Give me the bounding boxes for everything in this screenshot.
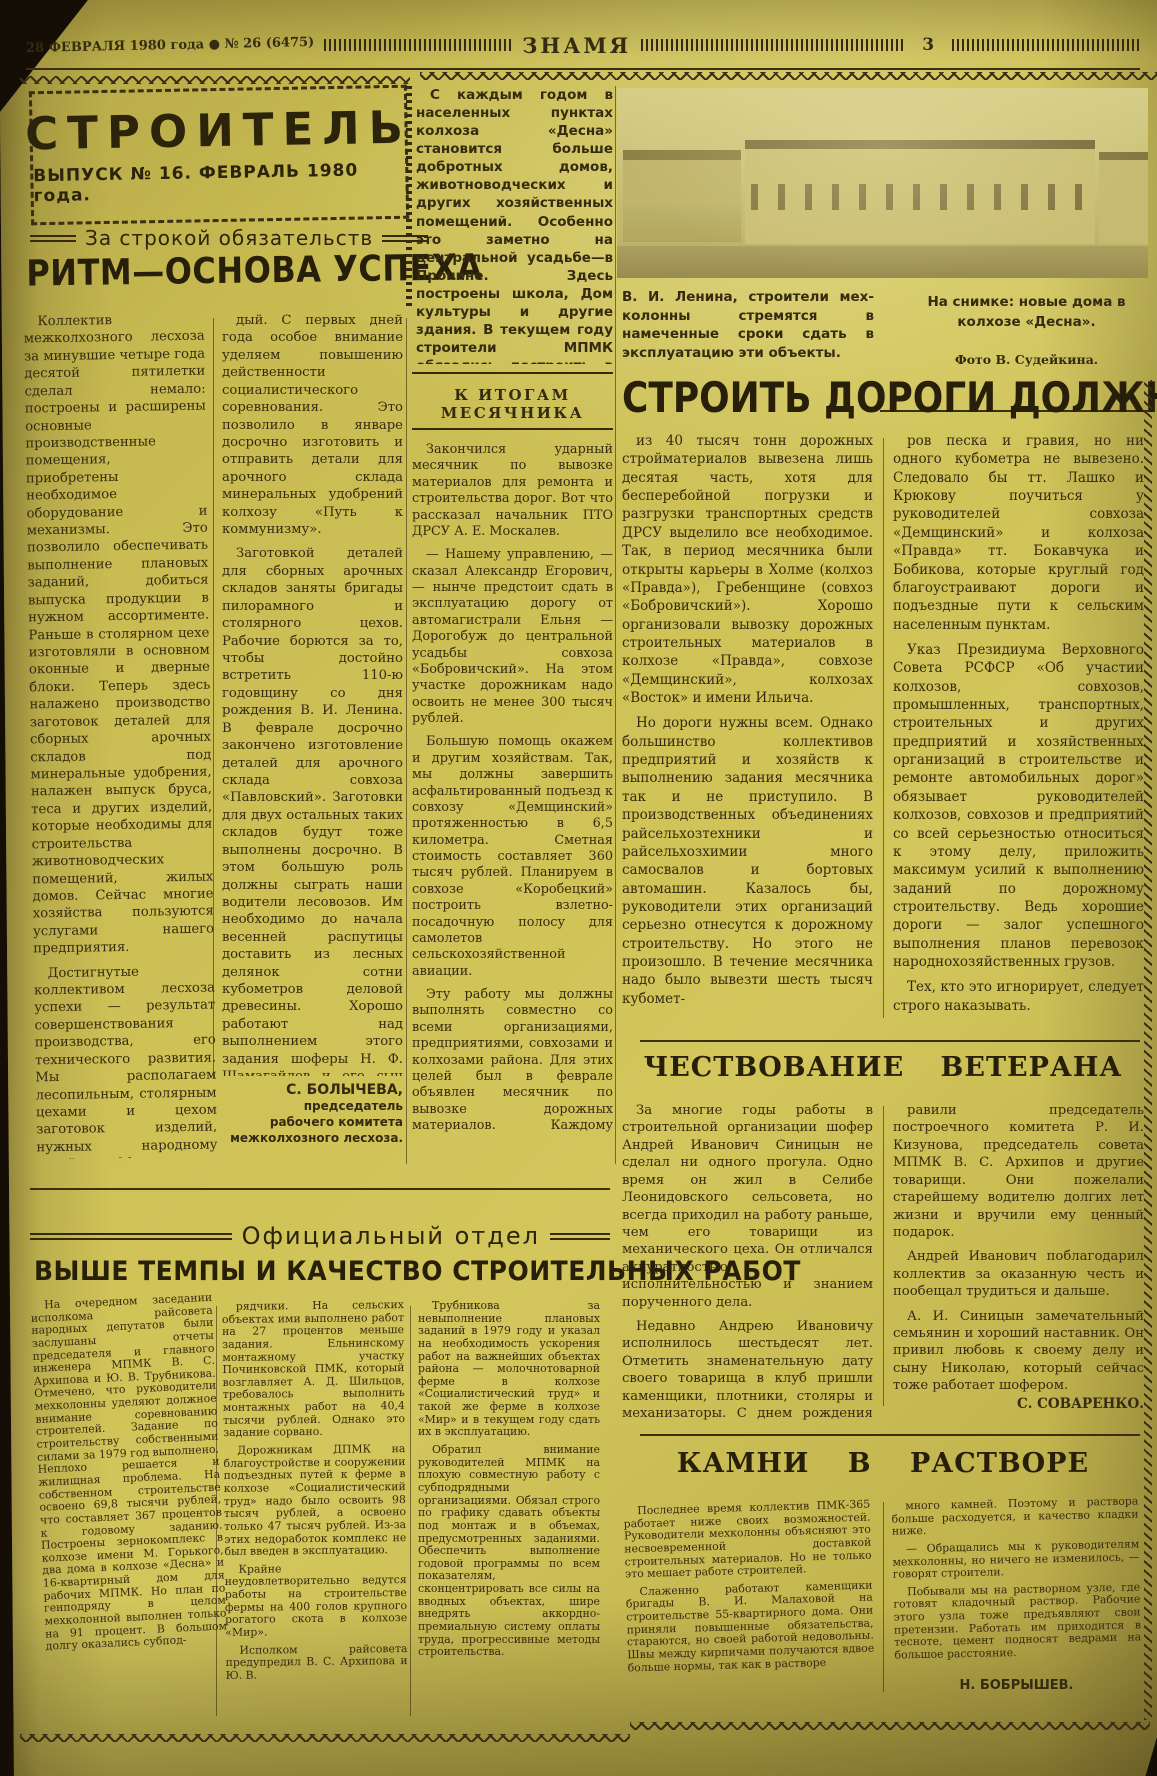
official-column-1: На очередном заседании исполкома райсове… xyxy=(30,1292,231,1724)
newspaper-photo: { "masthead": { "date_issue": "28 ФЕВРАЛ… xyxy=(0,0,1157,1776)
paragraph: — Нашему управлению, — сказал Александр … xyxy=(412,547,613,727)
ritm-headline: РИТМ—ОСНОВА УСПЕХА xyxy=(26,247,407,295)
paragraph: Крайне неудовлетворительно ведутся работ… xyxy=(225,1562,408,1640)
tick-strip-icon xyxy=(952,39,1140,51)
paragraph: рядчики. На сельских объектах ими выполн… xyxy=(222,1299,405,1440)
veteran-signature: С. СОВАРЕНКО. xyxy=(893,1396,1144,1412)
paragraph: На очередном заседании исполкома райсове… xyxy=(30,1292,228,1654)
signature-role: председатель рабочего комитета межколхоз… xyxy=(210,1098,403,1147)
paragraph: Тех, кто это игнорирует, следует строго … xyxy=(893,978,1144,1015)
paragraph: Эту работу мы должны выполнять совместно… xyxy=(412,987,613,1132)
roads-column-1: из 40 тысяч тонн дорожных стройматериало… xyxy=(622,432,873,1028)
rubric-label: За строкой обязательств xyxy=(85,226,373,250)
paragraph: Последнее время коллектив ПМК-365 работа… xyxy=(623,1499,872,1582)
zigzag-right-edge xyxy=(1144,380,1152,1720)
double-rule-icon xyxy=(30,1233,232,1240)
paragraph: много камней. Поэтому и раствора больше … xyxy=(891,1495,1139,1538)
stones-column-2: много камней. Поэтому и раствора больше … xyxy=(891,1495,1142,1672)
paragraph: Закончился ударный месячник по вывозке м… xyxy=(412,442,613,540)
roads-headline: СТРОИТЬ ДОРОГИ ДОЛЖНЫ ВСЕ xyxy=(622,374,1134,422)
paragraph: Достигнутые коллективом лесхоза успехи —… xyxy=(34,962,218,1159)
paragraph: А. И. Синицын замечательный семьянин и х… xyxy=(893,1308,1144,1392)
column-rule xyxy=(883,1106,884,1406)
paragraph: равили председатель построечного комитет… xyxy=(893,1102,1144,1241)
photo-new-houses xyxy=(617,88,1148,278)
stroitel-column-1: Коллектив межколхозного лесхоза за минув… xyxy=(23,311,217,1160)
paragraph: Андрей Иванович поблагодарил коллектив з… xyxy=(893,1248,1144,1300)
stroitel-issue-line: ВЫПУСК № 16. ФЕВРАЛЬ 1980 года. xyxy=(33,159,406,205)
zigzag-divider xyxy=(630,1722,1150,1730)
paragraph: Но дороги нужны всем. Однако большинство… xyxy=(622,714,873,1008)
section-kicker: К ИТОГАМ МЕСЯЧНИКА xyxy=(412,372,613,430)
photo-caption-left: В. И. Ленина, строители мех-колонны стре… xyxy=(622,288,874,363)
roads-column-2: ров песка и гравия, но ни одного кубомет… xyxy=(893,432,1144,1028)
tick-strip-icon xyxy=(324,39,512,51)
paragraph: Заготовкой деталей для сборных арочных с… xyxy=(222,545,403,1076)
paragraph: Коллектив межколхозного лесхоза за минув… xyxy=(23,311,214,958)
page-header: 28 ФЕВРАЛЯ 1980 года ● № 26 (6475) ЗНАМЯ… xyxy=(26,22,1140,70)
paragraph: — Обращались мы к руководителям мехколон… xyxy=(892,1538,1140,1581)
section-rule xyxy=(640,1434,1140,1436)
column-rule xyxy=(410,1306,411,1716)
photo-haze xyxy=(617,88,1148,278)
official-column-2: рядчики. На сельских объектах ими выполн… xyxy=(222,1299,408,1725)
stroitel-title: СТРОИТЕЛЬ xyxy=(25,104,412,156)
stones-signature: Н. БОБРЫШЕВ. xyxy=(893,1678,1140,1693)
monthly-column: Закончился ударный месячник по вывозке м… xyxy=(412,442,613,1132)
zigzag-divider xyxy=(420,72,1157,80)
paragraph: С каждым годом в населенных пунктах колх… xyxy=(416,86,613,364)
paragraph: дый. С первых дней года особое внимание … xyxy=(222,312,403,538)
stroitel-signature: С. БОЛЫЧЕВА, председатель рабочего комит… xyxy=(210,1082,403,1147)
stones-column-1: Последнее время коллектив ПМК-365 работа… xyxy=(623,1499,876,1716)
stones-headline: КАМНИ В РАСТВОРЕ xyxy=(622,1448,1144,1479)
paragraph: ров песка и гравия, но ни одного кубомет… xyxy=(893,432,1144,634)
zigzag-divider xyxy=(20,76,410,84)
paragraph: из 40 тысяч тонн дорожных стройматериало… xyxy=(622,432,873,707)
stroitel-column-2: дый. С первых дней года особое внимание … xyxy=(222,312,403,1076)
column-rule xyxy=(406,318,407,1164)
section-rule xyxy=(640,1040,1140,1042)
column-rule xyxy=(615,86,616,1164)
column-rule xyxy=(883,1502,884,1692)
veteran-headline: ЧЕСТВОВАНИЕ ВЕТЕРАНА xyxy=(622,1052,1144,1083)
page-number: 3 xyxy=(914,35,942,55)
official-column-3: Трубникова за невыполнение плановых зада… xyxy=(418,1300,600,1724)
paragraph: Трубникова за невыполнение плановых зада… xyxy=(418,1300,600,1439)
official-headline: ВЫШЕ ТЕМПЫ И КАЧЕСТВО СТРОИТЕЛЬНЫХ РАБОТ xyxy=(34,1256,612,1286)
paragraph: Дорожникам ДПМК на благоустройстве и соо… xyxy=(223,1443,406,1559)
column-rule xyxy=(213,318,214,1078)
photo-caption-right: На снимке: новые дома в колхозе «Десна». xyxy=(905,292,1148,333)
intro-column: С каждым годом в населенных пунктах колх… xyxy=(416,86,613,364)
column-rule xyxy=(883,438,884,1018)
paragraph: Исполком райсовета предупредил В. С. Арх… xyxy=(225,1643,407,1683)
photo-credit: Фото В. Судейкина. xyxy=(905,352,1148,367)
double-rule-icon xyxy=(550,1233,610,1240)
paragraph: Указ Президиума Верховного Совета РСФСР … xyxy=(893,641,1144,971)
stroitel-masthead: СТРОИТЕЛЬ ВЫПУСК № 16. ФЕВРАЛЬ 1980 года… xyxy=(29,85,409,226)
column-rule xyxy=(216,1306,217,1716)
double-rule-icon xyxy=(30,235,76,242)
date-issue-number: 28 ФЕВРАЛЯ 1980 года ● № 26 (6475) xyxy=(26,34,315,55)
tick-strip-icon xyxy=(641,39,904,51)
rubric-official: Официальный отдел xyxy=(30,1222,610,1250)
signature-name: С. БОЛЫЧЕВА, xyxy=(210,1082,403,1098)
paragraph: Недавно Андрею Ивановичу исполнилось шес… xyxy=(622,1318,873,1424)
paragraph: Слаженно работают каменщики бригады В. И… xyxy=(625,1579,874,1674)
section-rule xyxy=(30,1188,610,1190)
newspaper-title: ЗНАМЯ xyxy=(522,33,631,58)
rubric-za-strokoy: За строкой обязательств xyxy=(30,226,402,250)
paragraph: Обратил внимание руководителей МПМК на п… xyxy=(418,1444,600,1659)
monthly-results-section: К ИТОГАМ МЕСЯЧНИКА Закончился ударный ме… xyxy=(412,372,613,1144)
zigzag-divider xyxy=(20,1734,630,1742)
kicker-label: К ИТОГАМ МЕСЯЧНИКА xyxy=(412,386,613,430)
paragraph: Побывали мы на растворном узле, где гото… xyxy=(893,1581,1142,1662)
rubric-label: Официальный отдел xyxy=(242,1222,540,1250)
veteran-column-2: равили председатель построечного комитет… xyxy=(893,1102,1144,1392)
paragraph: Большую помощь окажем и другим хозяйства… xyxy=(412,734,613,980)
